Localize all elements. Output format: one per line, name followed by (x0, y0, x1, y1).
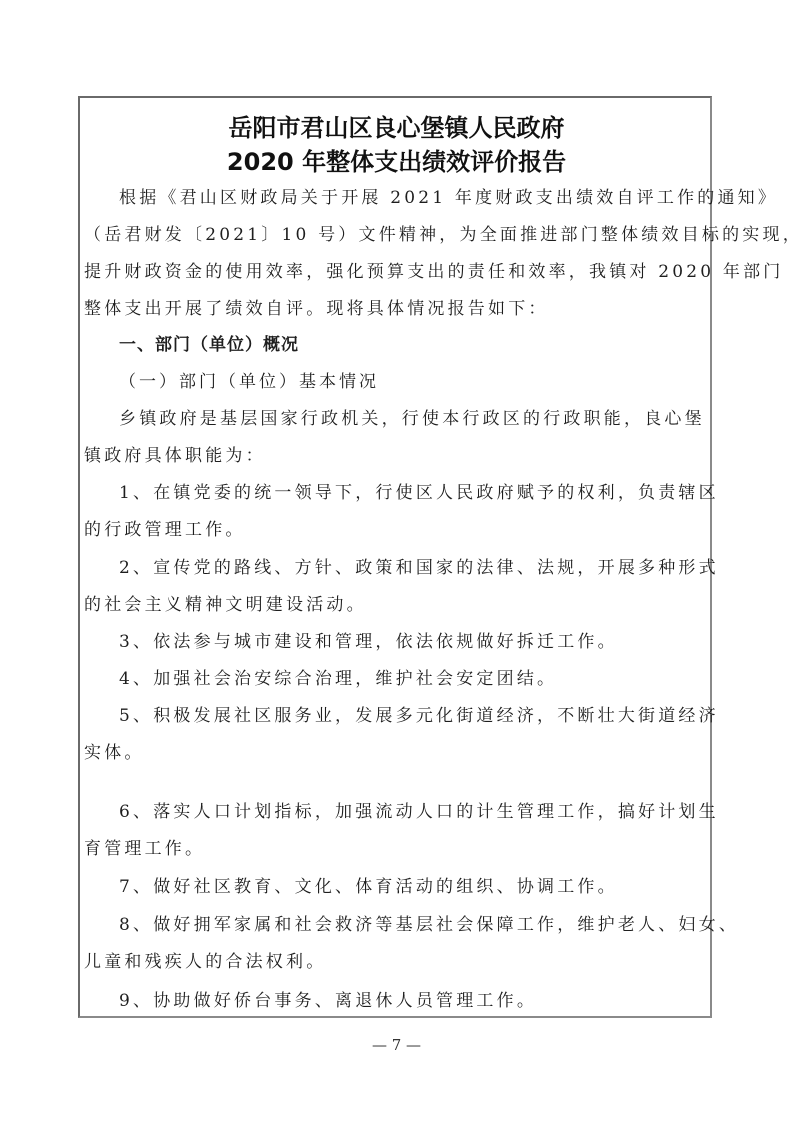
section-heading: 一、部门（单位）概况 (119, 330, 743, 355)
intro-line-1: 根据《君山区财政局关于开展 2021 年度财政支出绩效自评工作的通知》 (119, 183, 743, 208)
list-item-4: 4、加强社会治安综合治理，维护社会安定团结。 (119, 664, 743, 689)
page-number: — 7 — (0, 1036, 793, 1054)
document-title-line1: 岳阳市君山区良心堡镇人民政府 (0, 108, 793, 143)
list-item-8-cont: 儿童和残疾人的合法权利。 (84, 947, 708, 972)
list-item-2: 2、宣传党的路线、方针、政策和国家的法律、法规，开展多种形式 (119, 553, 743, 578)
intro-line-3: 提升财政资金的使用效率，强化预算支出的责任和效率，我镇对 2020 年部门 (84, 257, 708, 282)
list-item-1-cont: 的行政管理工作。 (84, 515, 708, 540)
paragraph-line: 镇政府具体职能为： (84, 441, 708, 466)
list-item-5: 5、积极发展社区服务业，发展多元化街道经济，不断壮大街道经济 (119, 701, 743, 726)
list-item-2-cont: 的社会主义精神文明建设活动。 (84, 590, 708, 615)
list-item-9: 9、协助做好侨台事务、离退休人员管理工作。 (119, 986, 743, 1011)
document-title-line2: 2020 年整体支出绩效评价报告 (0, 142, 793, 177)
subsection-heading: （一）部门（单位）基本情况 (119, 367, 743, 392)
list-item-1: 1、在镇党委的统一领导下，行使区人民政府赋予的权利，负责辖区 (119, 478, 743, 503)
list-item-8: 8、做好拥军家属和社会救济等基层社会保障工作，维护老人、妇女、 (119, 910, 743, 935)
list-item-7: 7、做好社区教育、文化、体育活动的组织、协调工作。 (119, 872, 743, 897)
intro-line-2: （岳君财发〔2021〕10 号）文件精神，为全面推进部门整体绩效目标的实现， (84, 220, 708, 245)
list-item-3: 3、依法参与城市建设和管理，依法依规做好拆迁工作。 (119, 627, 743, 652)
list-item-5-cont: 实体。 (84, 738, 708, 763)
list-item-6: 6、落实人口计划指标，加强流动人口的计生管理工作，搞好计划生 (119, 797, 743, 822)
intro-line-4: 整体支出开展了绩效自评。现将具体情况报告如下： (84, 294, 708, 319)
paragraph-line: 乡镇政府是基层国家行政机关，行使本行政区的行政职能，良心堡 (119, 404, 743, 429)
list-item-6-cont: 育管理工作。 (84, 834, 708, 859)
